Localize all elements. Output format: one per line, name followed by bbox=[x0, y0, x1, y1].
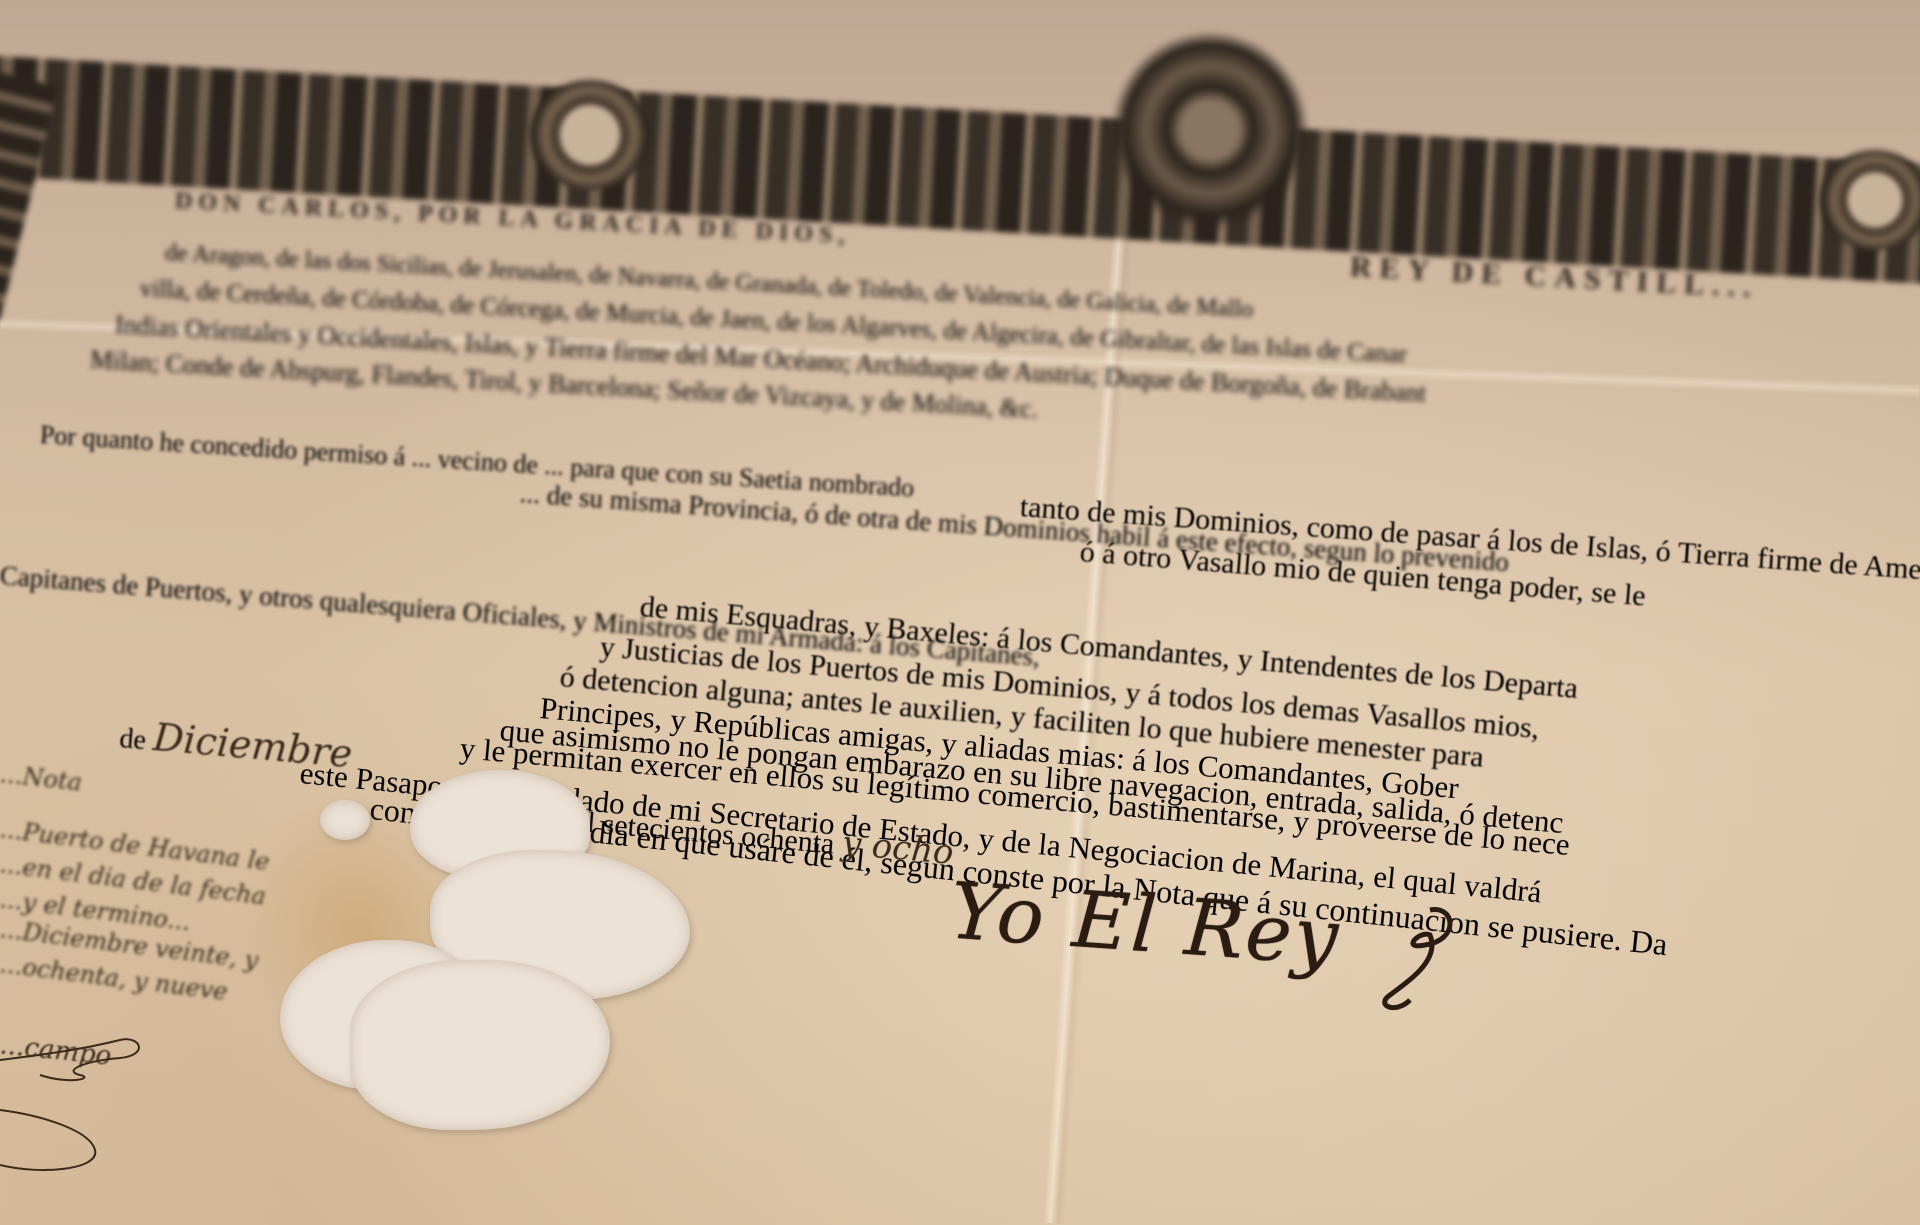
border-medallion-icon bbox=[530, 80, 650, 190]
signature-flourish-icon bbox=[0, 1030, 160, 1180]
date-prefix: de bbox=[118, 723, 147, 756]
removed-seal-remnant bbox=[260, 760, 740, 1140]
signature-rubric-icon bbox=[1370, 900, 1460, 1020]
border-medallion-icon bbox=[1820, 150, 1920, 250]
royal-coat-of-arms-icon bbox=[1110, 30, 1310, 230]
